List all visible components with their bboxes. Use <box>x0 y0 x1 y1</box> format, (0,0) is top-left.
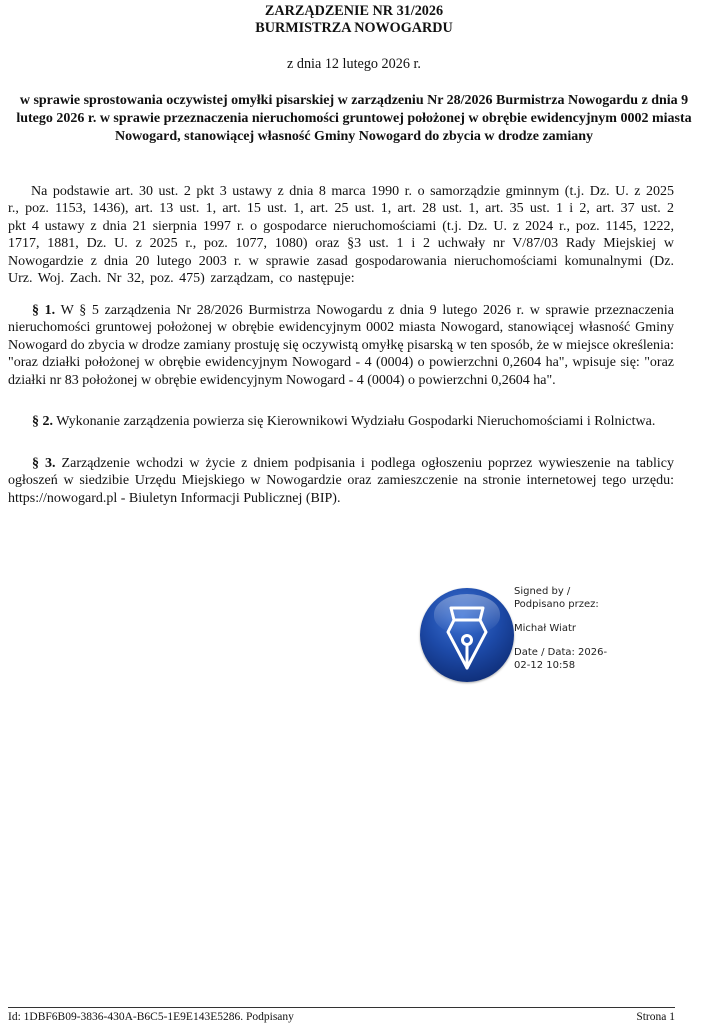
footer-divider <box>8 1007 675 1008</box>
document-issuer: BURMISTRZA NOWOGARDU <box>0 20 708 37</box>
signature-details: Signed by / Podpisano przez: Michał Wiat… <box>514 585 626 672</box>
section-3-label: § 3. <box>32 456 56 471</box>
document-date: z dnia 12 lutego 2026 r. <box>0 56 708 73</box>
fountain-pen-nib-icon <box>420 588 514 682</box>
signer-name: Michał Wiatr <box>514 622 626 635</box>
legal-basis-paragraph: Na podstawie art. 30 ust. 2 pkt 3 ustawy… <box>8 183 674 287</box>
section-1-text: W § 5 zarządzenia Nr 28/2026 Burmistrza … <box>8 303 674 388</box>
signed-by-label: Signed by / Podpisano przez: <box>514 585 626 611</box>
section-3: § 3. Zarządzenie wchodzi w życie z dniem… <box>8 455 674 507</box>
document-subject: w sprawie sprostowania oczywistej omyłki… <box>16 92 692 146</box>
document-title: ZARZĄDZENIE NR 31/2026 <box>0 3 708 20</box>
section-3-text: Zarządzenie wchodzi w życie z dniem podp… <box>8 456 674 506</box>
signature-date: Date / Data: 2026- 02-12 10:58 <box>514 646 626 672</box>
section-1-label: § 1. <box>32 303 55 318</box>
section-2: § 2. Wykonanie zarządzenia powierza się … <box>8 413 674 430</box>
page-number: Strona 1 <box>636 1011 675 1024</box>
electronic-signature-block: Signed by / Podpisano przez: Michał Wiat… <box>418 585 628 695</box>
section-1: § 1. W § 5 zarządzenia Nr 28/2026 Burmis… <box>8 302 674 389</box>
document-id: Id: 1DBF6B09-3836-430A-B6C5-1E9E143E5286… <box>8 1011 294 1024</box>
document-page: ZARZĄDZENIE NR 31/2026 BURMISTRZA NOWOGA… <box>0 0 708 1024</box>
section-2-text: Wykonanie zarządzenia powierza się Kiero… <box>53 414 655 429</box>
section-2-label: § 2. <box>32 414 53 429</box>
